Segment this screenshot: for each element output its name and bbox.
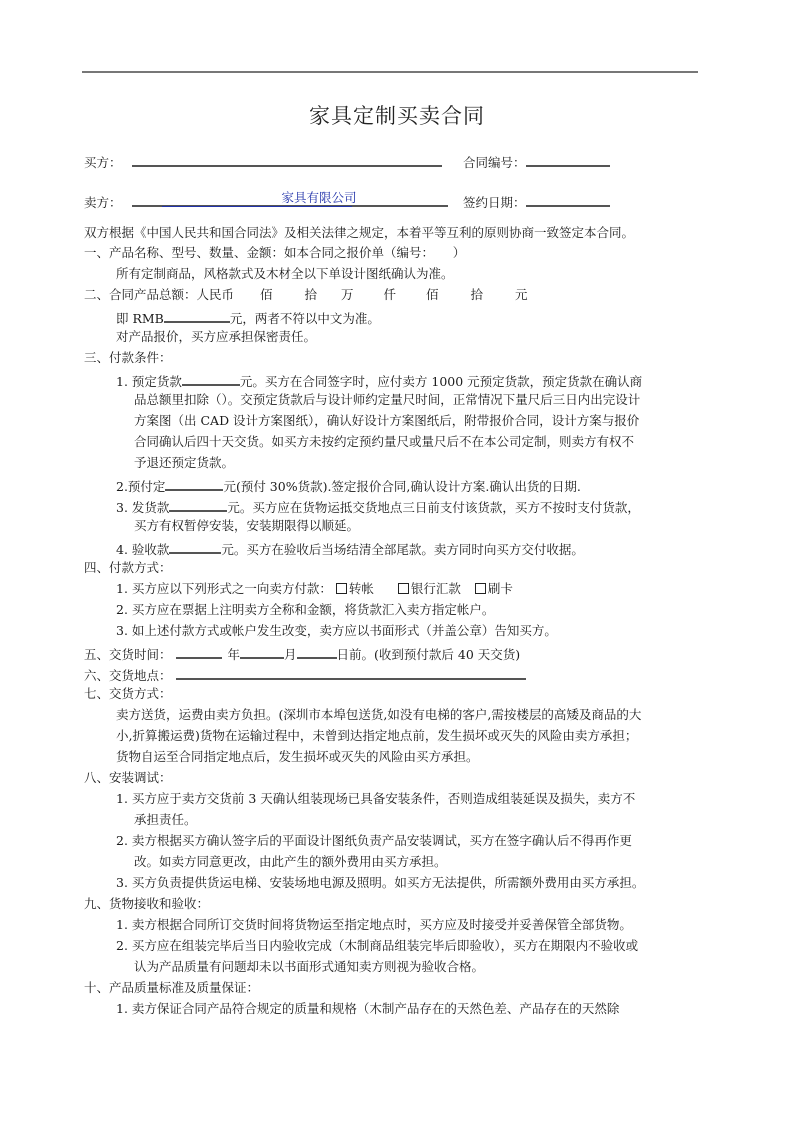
buyer-field[interactable]	[132, 152, 442, 167]
deposit-amount-field[interactable]	[182, 371, 240, 386]
section-4-heading: 四、付款方式：	[84, 560, 172, 576]
acceptance-item-1: 1. 卖方根据合同所订交货时间将货物运至指定地点时，买方应及时接受并妥善保管全部…	[116, 917, 632, 933]
payment-item-4: 4. 验收款元。买方在验收后当场结清全部尾款。卖方同时向买方交付收据。	[116, 539, 584, 558]
section-2-heading-row: 二、合同产品总额：人民币 佰 拾 万 仟 佰 拾 元	[84, 287, 528, 303]
prepay-amount-field[interactable]	[165, 476, 223, 491]
checkbox-transfer[interactable]	[336, 583, 347, 594]
rmb-row: 即 RMB元，两者不符以中文为准。	[116, 308, 380, 327]
unit-bai-2: 佰	[426, 287, 439, 302]
section-1-heading: 一、产品名称、型号、数量、金额：如本合同之报价单（编号： ）	[84, 245, 465, 261]
seller-field[interactable]: 家具有限公司	[132, 192, 448, 207]
unit-yuan: 元	[515, 287, 528, 302]
unit-wan: 万	[341, 287, 354, 302]
delivery-day-field[interactable]	[297, 644, 337, 659]
section-7-line-3: 货物自运至合同指定地点后，发生损坏或灭失的风险由买方承担。	[116, 749, 479, 765]
checkbox-card[interactable]	[475, 583, 486, 594]
acceptance-item-2: 2. 买方应在组装完毕后当日内验收完成（木制商品组装完毕后即验收），买方在期限内…	[116, 938, 638, 954]
document-title: 家具定制买卖合同	[0, 100, 794, 130]
delivery-year-field[interactable]	[176, 644, 222, 659]
payment-method-row: 1. 买方应以下列形式之一向卖方付款： 转帐 银行汇款 刷卡	[116, 581, 513, 597]
option-bank-remit[interactable]: 银行汇款	[398, 581, 461, 596]
rmb-suffix: 元，两者不符以中文为准。	[230, 311, 380, 326]
install-item-1: 1. 买方应于卖方交货前 3 天确认组装现场已具备安装条件，否则造成组装延误及损…	[116, 791, 635, 807]
payment-item-1-line-2: 品总额里扣除（）。交预定货款后与设计师约定量尺时间，正常情况下量尺后三日内出完设…	[134, 392, 640, 408]
section-7-heading: 七、交货方式：	[84, 686, 172, 702]
section-9-heading: 九、货物接收和验收：	[84, 896, 209, 912]
install-item-1-line-2: 承担责任。	[134, 812, 197, 828]
section-10-heading: 十、产品质量标准及质量保证：	[84, 980, 259, 996]
acceptance-payment-field[interactable]	[169, 539, 221, 554]
acceptance-item-2-line-2: 认为产品质量有问题却未以书面形式通知卖方则视为验收合格。	[134, 959, 484, 975]
section-1-text: 所有定制商品，风格款式及木材全以下单设计图纸确认为准。	[116, 266, 454, 282]
contract-no-label: 合同编号：	[463, 155, 526, 170]
section-3-heading: 三、付款条件：	[84, 350, 172, 366]
delivery-month-field[interactable]	[240, 644, 284, 659]
payment-item-3-line-2: 买方有权暂停安装，安装期限得以顺延。	[134, 518, 359, 534]
install-item-2-line-2: 改。如卖方同意更改，由此产生的额外费用由买方承担。	[134, 854, 447, 870]
delivery-time-row: 五、交货时间：年月日前。(收到预付款后 40 天交货)	[84, 644, 520, 663]
unit-shi-1: 拾	[305, 287, 318, 302]
option-card[interactable]: 刷卡	[475, 581, 513, 596]
quality-item-1: 1. 卖方保证合同产品符合规定的质量和规格（木制产品存在的天然色差、产品存在的天…	[116, 1001, 619, 1017]
buyer-label: 买方：	[84, 155, 122, 170]
rmb-amount-field[interactable]	[164, 308, 230, 323]
payment-item-1-line-4: 合同确认后四十天交货。如买方未按约定预约量尺或量尺后不在本公司定制，则卖方有权不	[134, 434, 634, 450]
section-7-line-1: 卖方送货，运费由卖方负担。(深圳市本埠包送货,如没有电梯的客户,需按楼层的高矮及…	[116, 707, 641, 723]
payment-item-1: 1. 预定货款元。买方在合同签字时，应付卖方 1000 元预定货款，预定货款在确…	[116, 371, 642, 390]
payment-method-item-2: 2. 买方应在票据上注明卖方全称和金额，将货款汇入卖方指定帐户。	[116, 602, 494, 618]
section-2-heading: 二、合同产品总额：人民币	[84, 287, 234, 302]
payment-item-1-line-5: 予退还预定货款。	[134, 455, 234, 471]
shipping-payment-field[interactable]	[169, 497, 227, 512]
install-item-2: 2. 卖方根据买方确认签字后的平面设计图纸负责产品安装调试，买方在签字确认后不得…	[116, 833, 632, 849]
seller-label: 卖方：	[84, 195, 122, 210]
seller-row: 卖方：家具有限公司	[84, 192, 448, 211]
option-transfer[interactable]: 转帐	[336, 581, 374, 596]
section-8-heading: 八、安装调试：	[84, 770, 172, 786]
top-rule	[82, 71, 698, 73]
seller-company-link[interactable]: 家具有限公司	[282, 190, 357, 206]
checkbox-bank-remit[interactable]	[398, 583, 409, 594]
rmb-prefix: 即 RMB	[116, 311, 164, 326]
delivery-place-field[interactable]	[176, 665, 526, 680]
contract-no-row: 合同编号：	[463, 152, 610, 171]
buyer-row: 买方：	[84, 152, 442, 171]
payment-item-1-line-3: 方案图（出 CAD 设计方案图纸），确认好设计方案图纸后，附带报价合同，设计方案…	[134, 413, 639, 429]
sign-date-field[interactable]	[526, 192, 610, 207]
unit-shi-2: 拾	[471, 287, 484, 302]
section-7-line-2: 小,折算搬运费)货物在运输过程中，未曾到达指定地点前，发生损坏或灭失的风险由卖方…	[116, 728, 637, 744]
payment-item-2: 2.预付定元(预付 30%货款).签定报价合同,确认设计方案.确认出货的日期.	[116, 476, 581, 495]
unit-qian: 仟	[384, 287, 397, 302]
delivery-place-row: 六、交货地点：	[84, 665, 526, 684]
payment-method-item-3: 3. 如上述付款方式或帐户发生改变，卖方应以书面形式（并盖公章）告知买方。	[116, 623, 557, 639]
section-2-confidentiality: 对产品报价，买方应承担保密责任。	[116, 329, 316, 345]
sign-date-label: 签约日期：	[463, 195, 526, 210]
payment-item-3: 3. 发货款元。买方应在货物运抵交货地点三日前支付该货款，买方不按时支付货款，	[116, 497, 640, 516]
intro-text: 双方根据《中国人民共和国合同法》及相关法律之规定，本着平等互利的原则协商一致签定…	[84, 225, 634, 241]
install-item-3: 3. 买方负责提供货运电梯、安装场地电源及照明。如买方无法提供，所需额外费用由买…	[116, 875, 644, 891]
unit-bai-1: 佰	[260, 287, 273, 302]
contract-no-field[interactable]	[526, 152, 610, 167]
sign-date-row: 签约日期：	[463, 192, 610, 211]
